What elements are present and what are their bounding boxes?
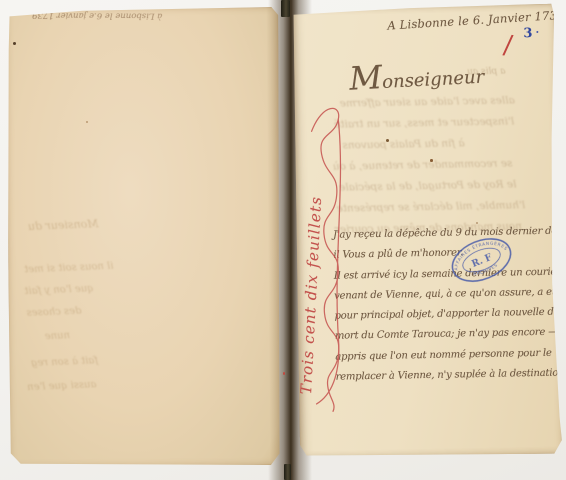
inverted-docket-note: à Lisbonne le 6.e janvier 1739 xyxy=(32,10,162,21)
binding-edge-top xyxy=(281,0,290,17)
right-page: A Lisbonne le 6. Janvier 1739. 3 / Monse… xyxy=(292,4,562,459)
letter-line: remplacer à Vienne, n'y suplée à la dest… xyxy=(335,364,561,388)
letter-body: J'ay reçeu la dépêche du 9 du mois derni… xyxy=(333,222,562,388)
bleedthrough-fragment: que l'on y fait xyxy=(24,283,94,297)
bleedthrough-line: l'inspecteur et mess, sur un traité xyxy=(334,115,514,130)
left-page: à Lisbonne le 6.e janvier 1739 Monsieur … xyxy=(6,7,282,467)
bleedthrough-fragment: il nous soit si met xyxy=(24,261,114,276)
bleedthrough-line: l'humble, mil déclaré se représente xyxy=(336,199,525,214)
folio-number-dot xyxy=(536,31,538,33)
bleedthrough-fragment: des choses xyxy=(26,306,81,319)
salutation: Monseigneur xyxy=(348,53,485,98)
binding-edge-bottom xyxy=(284,464,291,480)
bleedthrough-line: à fin du Palais pouvons xyxy=(342,137,464,151)
bleedthrough-fragment: nune xyxy=(45,330,71,342)
left-page-bleedthrough: Monsieur duil nous soit si metque l'on y… xyxy=(24,218,145,399)
bleedthrough-fragment: fait à son reg xyxy=(31,355,98,369)
red-folio-stroke: / xyxy=(502,32,514,59)
bleedthrough-line: le Roy de Portugal, de la spéciale xyxy=(339,178,516,193)
bleedthrough-line: alles avec l'aide au sieur afferme xyxy=(340,94,515,109)
bleedthrough-line: se recommander de retenue, à où xyxy=(333,157,513,172)
bleedthrough-fragment: aussi que l'en xyxy=(27,379,97,393)
salutation-bleedthrough: a plis au xyxy=(467,67,506,78)
bleedthrough-fragment: Monsieur du xyxy=(28,217,99,233)
folio-number: 3 xyxy=(523,26,532,41)
manuscript-scan: à Lisbonne le 6.e janvier 1739 Monsieur … xyxy=(0,0,566,480)
dateline: A Lisbonne le 6. Janvier 1739. xyxy=(387,7,566,32)
